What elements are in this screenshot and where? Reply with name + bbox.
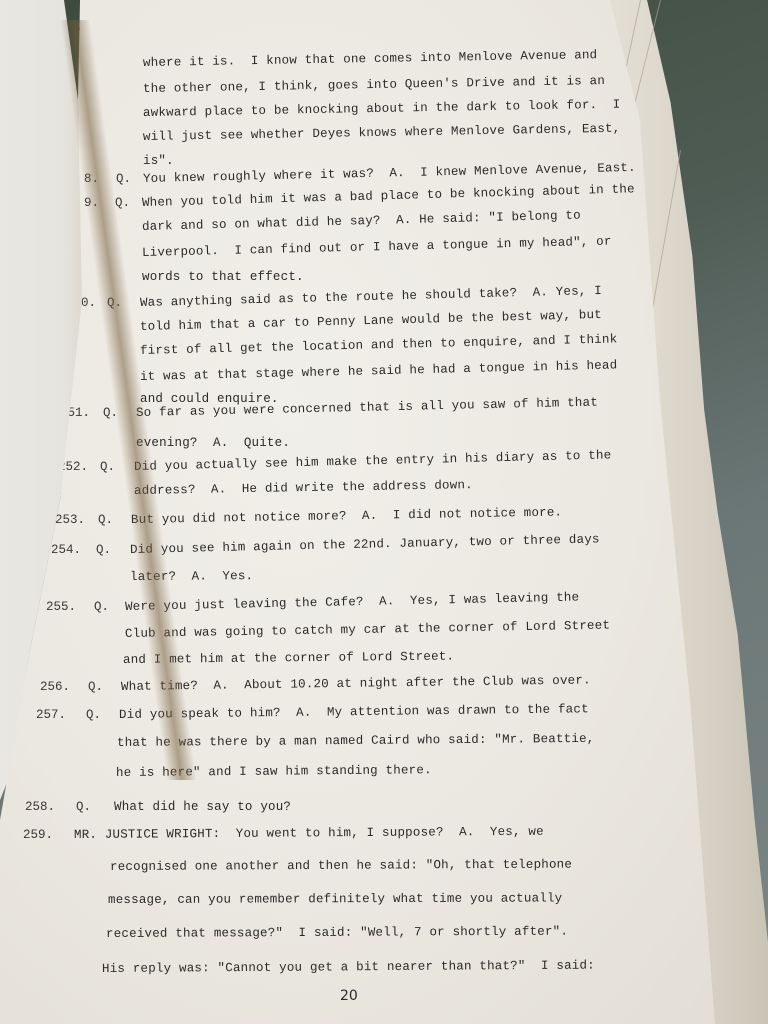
question-label: Q. — [98, 513, 113, 527]
text-line: evening? A. Quite. — [136, 436, 290, 450]
text-line: awkward place to be knocking about in th… — [143, 98, 621, 120]
question-label: Q. — [76, 800, 91, 814]
text-line: Did you actually see him make the entry … — [134, 448, 612, 474]
text-line: address? A. He did write the address dow… — [134, 478, 473, 498]
text-line: he is here" and I saw him standing there… — [116, 763, 432, 780]
text-line: the other one, I think, goes into Queen'… — [143, 74, 605, 96]
text-line: received that message?" I said: "Well, 7… — [106, 925, 568, 941]
text-line: Did you see him again on the 22nd. Janua… — [130, 532, 600, 557]
question-label: Q. — [94, 600, 109, 614]
text-line: is". — [143, 154, 174, 168]
page-number: 20 — [340, 988, 358, 1004]
document-photo: where it is. I know that one comes into … — [0, 0, 768, 1024]
question-number: 257. — [36, 708, 66, 722]
question-number: 258. — [25, 800, 55, 814]
text-line: Liverpool. I can find out or I have a to… — [142, 235, 612, 260]
text-line: When you told him it was a bad place to … — [142, 182, 635, 210]
text-line: dark and so on what did he say? A. He sa… — [142, 209, 581, 234]
text-line: You knew roughly where it was? A. I knew… — [143, 161, 636, 186]
text-line: Did you speak to him? A. My attention wa… — [119, 702, 589, 722]
transcript-page: where it is. I know that one comes into … — [0, 0, 730, 1024]
text-line: His reply was: "Cannot you get a bit nea… — [102, 959, 595, 976]
question-number: 259. — [23, 828, 53, 842]
question-label: Q. — [96, 543, 111, 557]
question-label: Q. — [116, 172, 131, 186]
text-line: But you did not notice more? A. I did no… — [131, 505, 562, 527]
question-label: Q. — [86, 708, 101, 722]
question-number: 253. — [55, 513, 85, 527]
question-number: 254. — [51, 543, 81, 557]
text-line: Club and was going to catch my car at th… — [125, 619, 610, 641]
text-line: first of all get the location and then t… — [140, 332, 618, 358]
text-line: What time? A. About 10.20 at night after… — [121, 673, 591, 694]
text-line: message, can you remember definitely wha… — [108, 891, 562, 907]
text-line: told him that a car to Penny Lane would … — [140, 308, 602, 334]
text-line: What did he say to you? — [114, 800, 291, 814]
text-line: Were you just leaving the Cafe? A. Yes, … — [125, 590, 580, 614]
question-label: Q. — [88, 680, 103, 694]
text-line: words to that effect. — [142, 270, 304, 284]
question-number: 255. — [46, 600, 76, 614]
text-line: will just see whether Deyes knows where … — [143, 122, 621, 144]
question-label: Q. — [100, 460, 115, 474]
text-line: where it is. I know that one comes into … — [143, 48, 598, 70]
text-line: Was anything said as to the route he sho… — [140, 284, 602, 310]
question-number: 256. — [40, 680, 70, 694]
speaker-line: MR. JUSTICE WRIGHT: You went to him, I s… — [74, 825, 544, 842]
text-line: recognised one another and then he said:… — [110, 858, 572, 874]
question-label: Q. — [115, 196, 130, 210]
text-line: it was at that stage where he said he ha… — [140, 358, 618, 384]
